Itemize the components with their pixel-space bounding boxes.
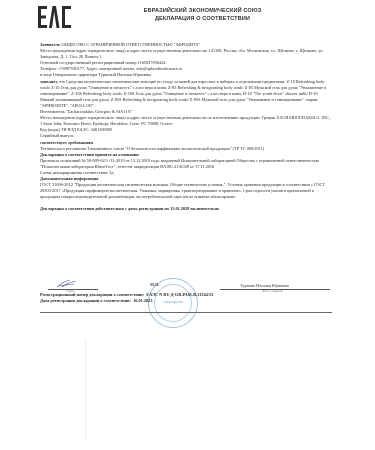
- signer-name: Турнова Наталья Юрьевна: [240, 283, 289, 288]
- registration-date: 16.01.2023: [133, 298, 152, 303]
- applicant-address: Место нахождения (адрес юридического лиц…: [40, 48, 332, 60]
- registration-date-label: Дата регистрации декларации о соответств…: [40, 298, 131, 303]
- bottom-divider: [40, 312, 332, 313]
- declaration-body: Заявитель ОБЩЕСТВО С ОГРАНИЧЕННОЙ ОТВЕТС…: [40, 42, 332, 213]
- registration-number-label: Регистрационный номер декларации о соотв…: [40, 292, 144, 297]
- additional-info-text: ГОСТ 31696-2012 "Продукция косметическая…: [40, 182, 332, 200]
- faint-rule: [85, 340, 86, 440]
- product-description: что Средства косметические гигиенические…: [40, 79, 326, 108]
- registration-block: Регистрационный номер декларации о соотв…: [40, 292, 332, 304]
- document-header: ЕВРАЗИЙСКИЙ ЭКОНОМИЧЕСКИЙ СОЮЗ ДЕКЛАРАЦИ…: [110, 7, 295, 23]
- stamp-placeholder: М.П.: [150, 282, 160, 287]
- eac-mark-icon: [38, 6, 72, 28]
- validity-statement: Декларация о соответствии действительна …: [40, 206, 332, 212]
- eac-logo-svg: [38, 6, 72, 28]
- manufacturer-name: "Zacharioudakis Georgios & SIA O.E": [66, 109, 133, 114]
- applicant-label: Заявитель: [40, 42, 60, 47]
- basis-protocol: Протокола испытаний № 50-009-62/1 /12-20…: [40, 158, 332, 170]
- declaration-page: ЕВРАЗИЙСКИЙ ЭКОНОМИЧЕСКИЙ СОЮЗ ДЕКЛАРАЦИ…: [0, 0, 375, 450]
- manufacturer-label: Изготовитель: [40, 109, 65, 114]
- registration-date-line: Дата регистрации декларации о соответств…: [40, 298, 332, 304]
- registration-number: ЕАЭС N RU Д-GR.РА01.В.13544/23: [146, 292, 213, 297]
- document-title: ДЕКЛАРАЦИЯ О СООТВЕТСТВИИ: [110, 15, 295, 23]
- declares-label: заявляет,: [40, 79, 58, 84]
- union-title: ЕВРАЗИЙСКИЙ ЭКОНОМИЧЕСКИЙ СОЮЗ: [110, 7, 295, 15]
- applicant-name: ОБЩЕСТВО С ОГРАНИЧЕННОЙ ОТВЕТСТВЕННОСТЬЮ…: [61, 42, 200, 47]
- signature-scribble-icon: [56, 279, 78, 289]
- declares-line: заявляет, что Средства косметические гиг…: [40, 79, 332, 109]
- manufacturer-address: Место нахождения (адрес юридического лиц…: [40, 115, 332, 127]
